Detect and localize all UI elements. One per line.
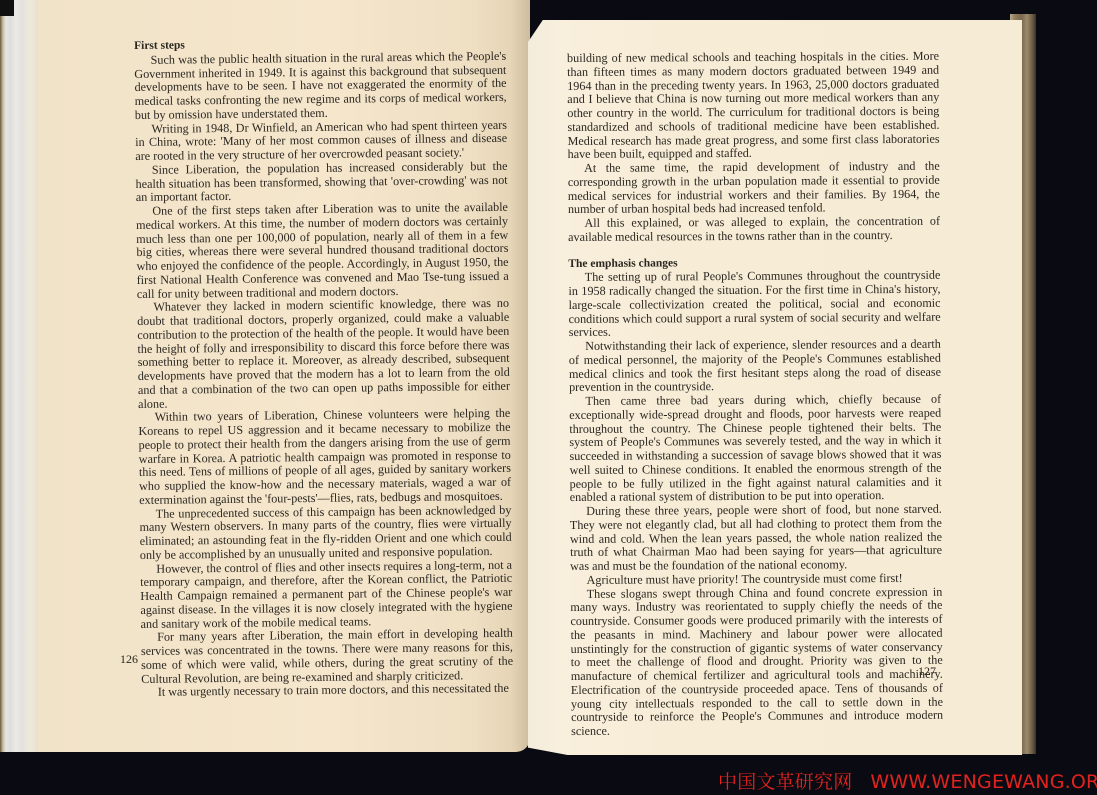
paragraph: For many years after Liberation, the mai…: [141, 627, 514, 686]
watermark: 中国文革研究网WWW.WENGEWANG.ORG: [718, 767, 1097, 794]
page-number-left: 126: [120, 652, 138, 667]
page-number-right: 127: [918, 664, 936, 679]
watermark-url: WWW.WENGEWANG.ORG: [870, 771, 1097, 793]
paragraph: Then came three bad years during which, …: [569, 393, 942, 505]
paragraph: The unprecedented success of this campai…: [139, 503, 512, 562]
paragraph-continued: building of new medical schools and teac…: [567, 50, 940, 162]
paragraph: At the same time, the rapid development …: [568, 160, 940, 217]
paragraph: During these three years, people were sh…: [570, 503, 942, 574]
paragraph: Notwithstanding their lack of experience…: [569, 338, 941, 395]
scanned-book-spread: First steps Such was the public health s…: [0, 0, 1097, 795]
paragraph: Within two years of Liberation, Chinese …: [138, 407, 511, 507]
right-page-text: building of new medical schools and teac…: [567, 50, 943, 739]
left-page-text: First steps Such was the public health s…: [134, 36, 513, 700]
watermark-site-name: 中国文革研究网: [718, 771, 852, 793]
paragraph: The setting up of rural People's Commune…: [568, 269, 940, 340]
paragraph: However, the control of flies and other …: [140, 558, 513, 631]
paragraph: One of the first steps taken after Liber…: [136, 201, 509, 301]
paragraph: Writing in 1948, Dr Winfield, an America…: [135, 118, 507, 163]
paragraph: All this explained, or was alleged to ex…: [568, 215, 940, 245]
paragraph: Such was the public health situation in …: [134, 50, 507, 123]
paragraph: These slogans swept through China and fo…: [570, 585, 943, 739]
paragraph: Since Liberation, the population has inc…: [135, 160, 507, 205]
background-corner: [0, 0, 14, 16]
paragraph: Whatever they lacked in modern scientifi…: [137, 297, 510, 411]
